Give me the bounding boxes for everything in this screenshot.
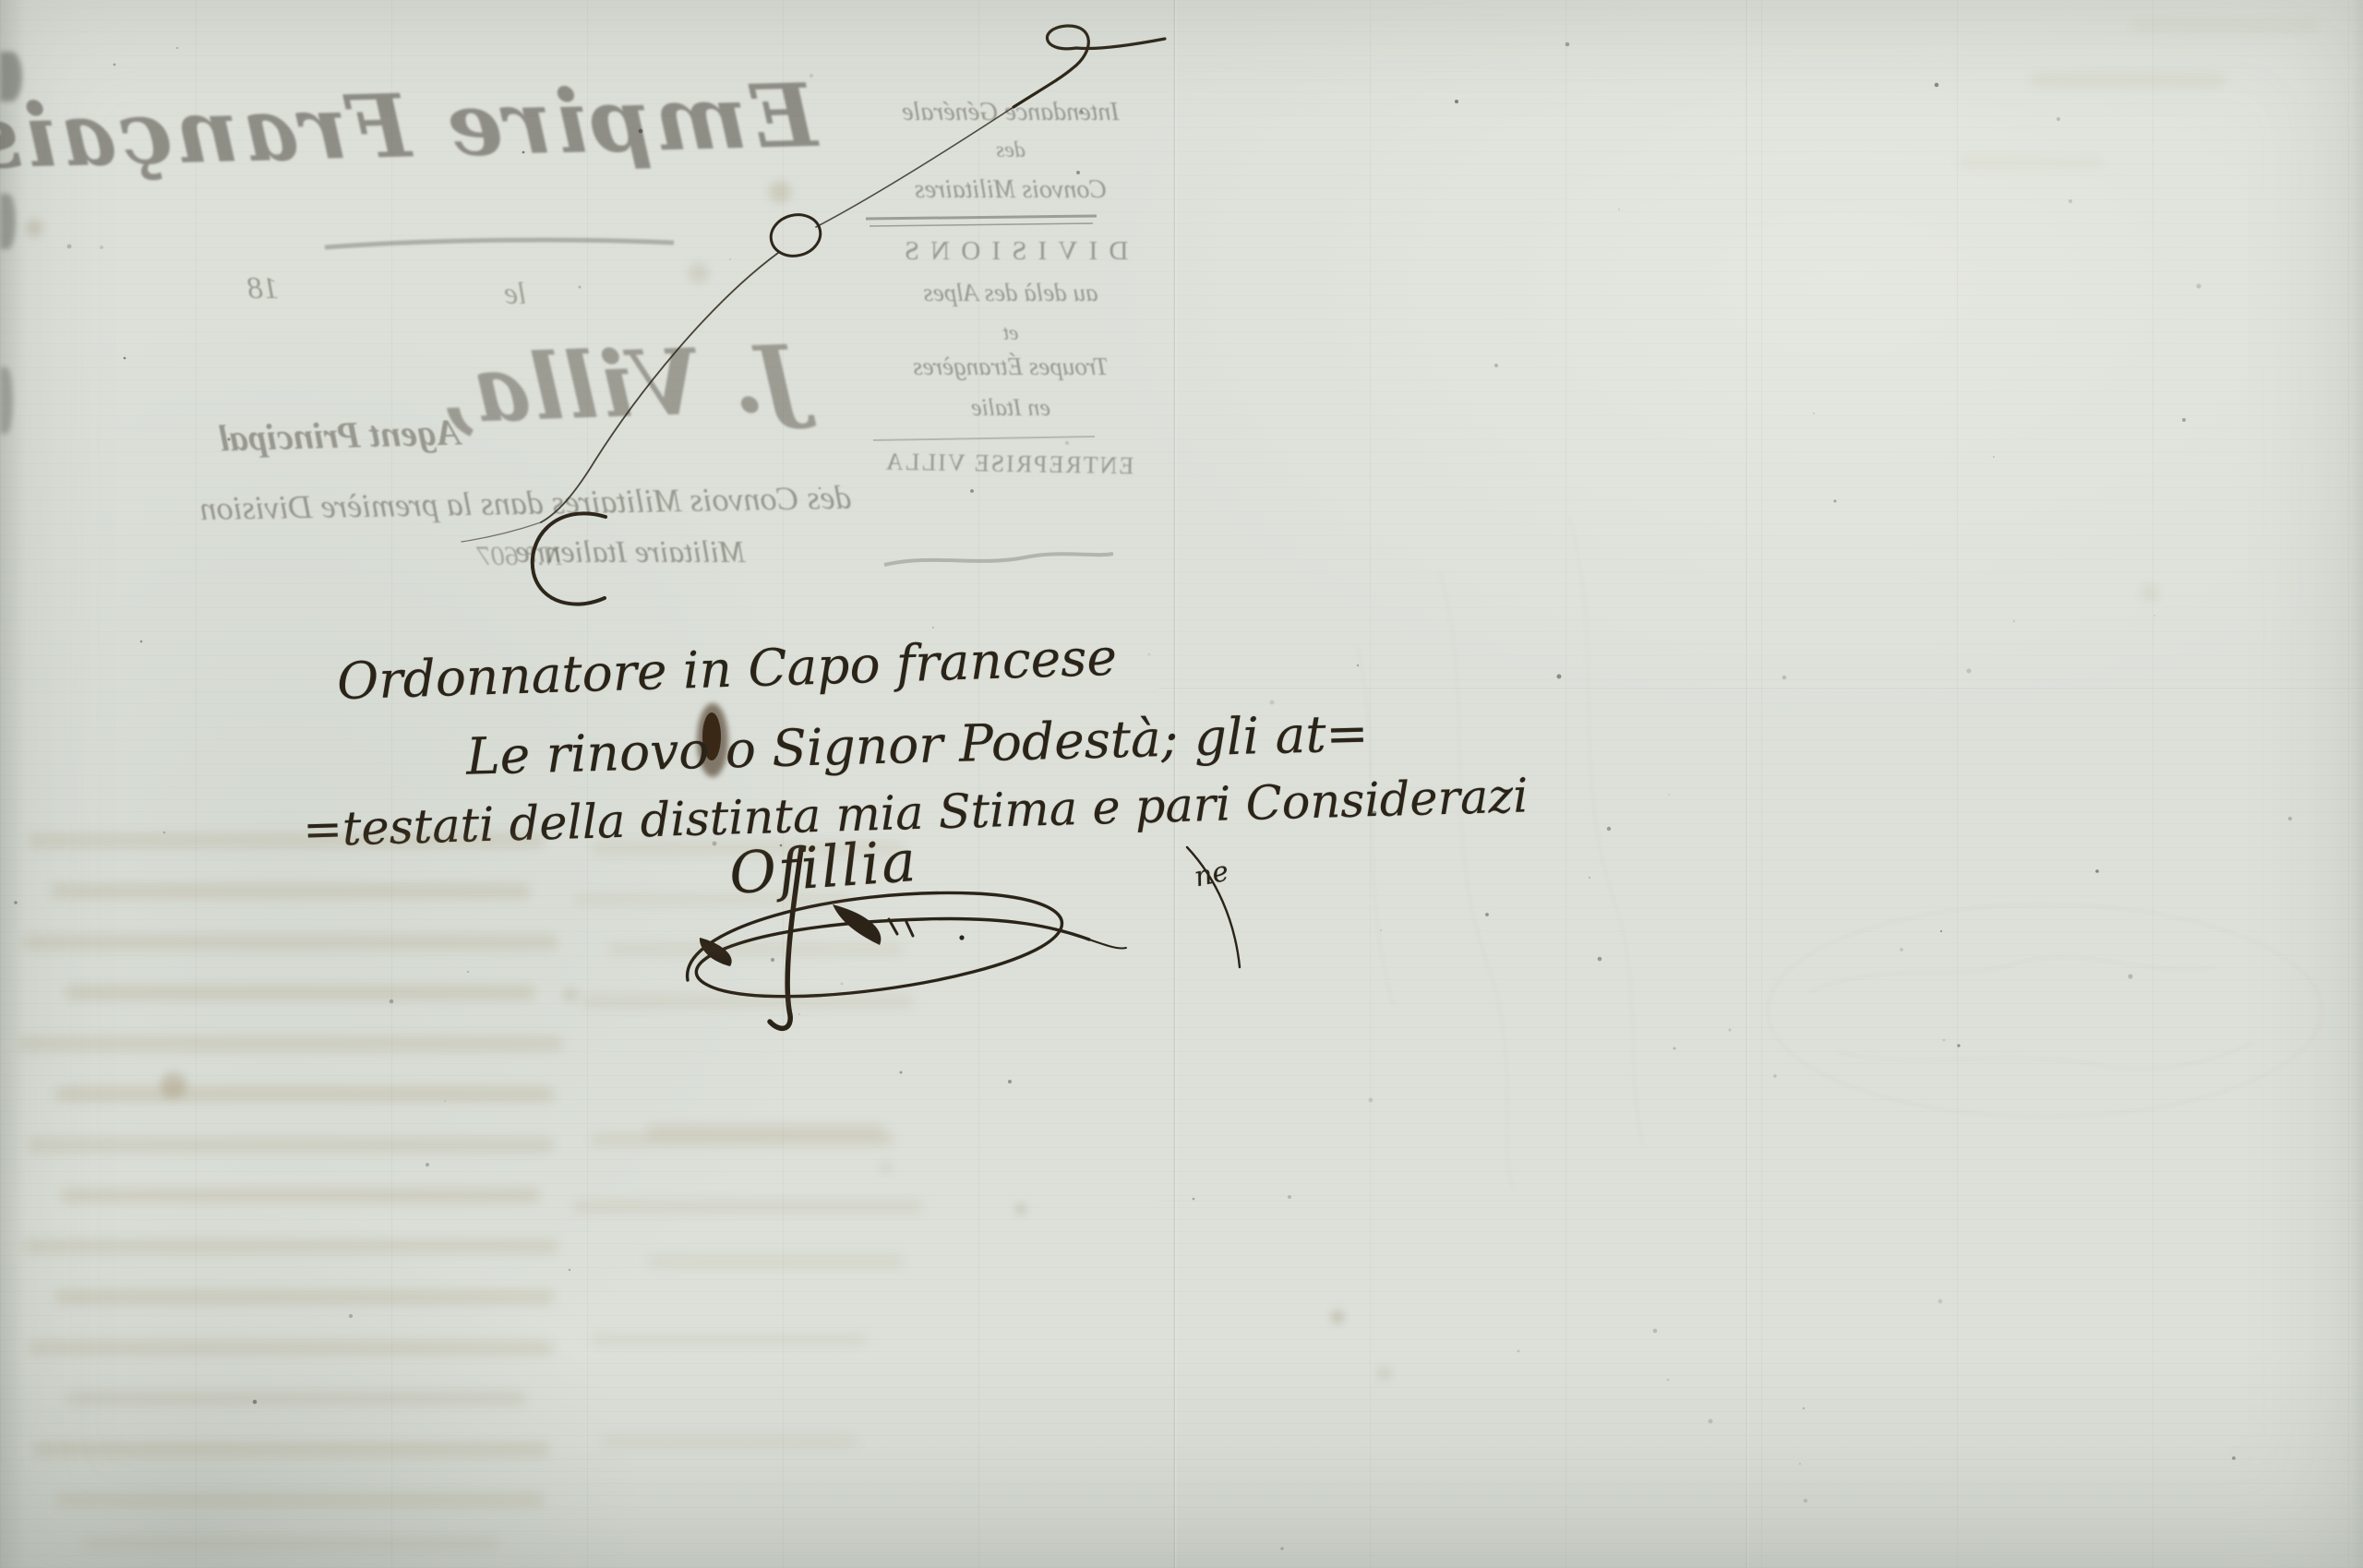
paraph-blob-fill bbox=[700, 938, 732, 966]
bleed-intendance-line3: Convois Militaires bbox=[858, 175, 1163, 205]
speck bbox=[578, 285, 581, 288]
speck bbox=[1193, 1198, 1195, 1201]
left-edge-mark-2 bbox=[0, 194, 16, 249]
speck bbox=[900, 1071, 903, 1074]
bleed-masthead-empire-francais: Empire Français bbox=[101, 65, 819, 186]
speck bbox=[1065, 441, 1070, 446]
foxing-spot-7 bbox=[1378, 1367, 1391, 1380]
smudge-row-12 bbox=[591, 1133, 895, 1146]
speck bbox=[569, 1269, 570, 1271]
speck bbox=[2013, 620, 2016, 623]
top-curl-stroke bbox=[1014, 26, 1165, 107]
fold-crease-horizontal-lower bbox=[1158, 1200, 2363, 1203]
watermark-and-wrinkles bbox=[1357, 517, 2321, 1191]
smudge-row-8 bbox=[18, 1036, 563, 1051]
speck bbox=[932, 627, 934, 628]
speck bbox=[2057, 117, 2060, 121]
speck bbox=[1943, 1039, 1946, 1042]
speck bbox=[729, 258, 731, 260]
speck bbox=[1618, 209, 1620, 210]
paraph-double-ellipse bbox=[688, 892, 1089, 996]
masthead-swash-rule bbox=[325, 240, 674, 247]
pen-loop bbox=[766, 209, 824, 261]
speck bbox=[1280, 1547, 1283, 1550]
speck bbox=[1813, 413, 1815, 414]
smudge-row-10 bbox=[646, 1124, 886, 1139]
foxing-spot-2 bbox=[769, 181, 791, 203]
paraph-tick-1 bbox=[889, 919, 897, 934]
fold-crease-vertical-right bbox=[1745, 0, 1749, 1568]
smudge-row-14 bbox=[572, 1200, 923, 1213]
smudge-row-22 bbox=[600, 1435, 858, 1447]
speck bbox=[1803, 1407, 1805, 1409]
bleed-date-year: 18 bbox=[247, 271, 279, 306]
bleed-convois-division-line: des Convois Militaires dans la première … bbox=[196, 478, 857, 528]
speck bbox=[1270, 700, 1275, 705]
speck bbox=[114, 64, 116, 66]
speck bbox=[14, 901, 18, 904]
smudge-row-7 bbox=[582, 995, 914, 1008]
foxing-spot-6 bbox=[1332, 1311, 1343, 1323]
bleed-date-le: le bbox=[504, 277, 527, 312]
bleed-et-line: et bbox=[858, 321, 1163, 345]
speck bbox=[1967, 669, 1972, 674]
speck bbox=[1900, 948, 1903, 952]
speck bbox=[1668, 794, 1670, 796]
handwriting-line-2: Le rinovo o Signor Podestà; gli at= bbox=[465, 703, 1369, 786]
bleed-alpes-line: au delà des Alpes bbox=[858, 279, 1163, 307]
smudge-row-23 bbox=[55, 1493, 545, 1506]
smudge-row-24 bbox=[83, 1538, 498, 1550]
speck bbox=[100, 245, 103, 249]
bleed-agent-principal: Agent Principal bbox=[145, 409, 534, 462]
column-double-rule-top bbox=[866, 216, 1097, 219]
bleed-number-note: N.° 607 bbox=[450, 541, 589, 572]
speck bbox=[1709, 1419, 1713, 1424]
smudge-row-13 bbox=[60, 1189, 540, 1203]
speck bbox=[1938, 1299, 1943, 1304]
smudge-row-20 bbox=[65, 1392, 526, 1405]
speck bbox=[1598, 957, 1602, 962]
foxing-spot-0 bbox=[26, 220, 42, 236]
speck bbox=[1993, 456, 1995, 458]
column-swash-flourish bbox=[884, 554, 1113, 565]
handwriting-line-3-suffix: ne bbox=[1192, 856, 1232, 894]
watermark-lower-arc bbox=[1837, 1043, 2252, 1069]
speck bbox=[2153, 615, 2155, 616]
paraph-crescent-fill bbox=[833, 904, 881, 945]
speck bbox=[1517, 1350, 1520, 1353]
speck bbox=[426, 1163, 429, 1167]
bleed-italie-line: en Italie bbox=[858, 394, 1163, 422]
speck bbox=[253, 1400, 258, 1405]
speck bbox=[1957, 1044, 1960, 1047]
watermark-upper-arc bbox=[1809, 957, 2215, 992]
bleed-troupes-line: Troupes Étrangères bbox=[858, 353, 1163, 381]
manuscript-page-verso: Empire Français 18 le Intendance Général… bbox=[0, 0, 2363, 1568]
smudge-row-16 bbox=[646, 1255, 905, 1267]
speck bbox=[1782, 676, 1787, 680]
speck bbox=[1935, 83, 1939, 88]
speck bbox=[349, 1314, 353, 1318]
bleed-intendance-line1: Intendance Générale bbox=[858, 98, 1163, 127]
smudge-row-17 bbox=[55, 1290, 554, 1304]
speck bbox=[798, 1013, 800, 1015]
paraph-tick-2 bbox=[906, 922, 913, 936]
smudge-row-2 bbox=[51, 884, 531, 898]
smudge-row-5 bbox=[609, 943, 905, 955]
speck bbox=[67, 245, 72, 249]
smudge-row-18 bbox=[28, 1341, 554, 1355]
speck bbox=[1288, 1195, 1291, 1199]
speck bbox=[1834, 500, 1837, 503]
speck bbox=[1565, 42, 1570, 47]
speck bbox=[1076, 171, 1080, 174]
speck bbox=[1008, 1080, 1012, 1083]
speck bbox=[970, 489, 974, 493]
foxing-spot-5 bbox=[1016, 1204, 1026, 1214]
bleed-divisions-line: DIVISIONS bbox=[858, 236, 1163, 267]
speck bbox=[1653, 1329, 1658, 1334]
speck bbox=[163, 832, 166, 834]
speck bbox=[1485, 913, 1489, 916]
handwriting-signature: Ofillia bbox=[727, 827, 920, 907]
smudge-row-6 bbox=[65, 986, 535, 999]
speck bbox=[1148, 653, 1150, 655]
speck bbox=[2196, 283, 2201, 288]
speck bbox=[771, 958, 774, 962]
speck bbox=[1369, 1098, 1373, 1103]
foxing-spot-9 bbox=[881, 1162, 892, 1173]
speck bbox=[140, 640, 143, 643]
smudge-row-9 bbox=[55, 1087, 554, 1101]
speck bbox=[1380, 929, 1382, 931]
speck bbox=[2288, 817, 2292, 820]
handwriting-line-1: Ordonnatore in Capo francese bbox=[336, 628, 1118, 712]
speck bbox=[2095, 869, 2099, 873]
paraph-dot bbox=[959, 935, 964, 940]
smudge-row-25 bbox=[2031, 74, 2225, 87]
speck bbox=[1607, 827, 1611, 831]
smudge-row-27 bbox=[1957, 157, 2105, 168]
smudge-row-11 bbox=[28, 1138, 554, 1152]
speck bbox=[1773, 1074, 1776, 1077]
speck bbox=[1557, 675, 1562, 679]
foxing-spot-1 bbox=[689, 263, 709, 283]
paper-wrinkle-2 bbox=[1569, 517, 1643, 1144]
speck bbox=[1804, 1499, 1807, 1502]
smudge-row-21 bbox=[32, 1442, 549, 1456]
smudge-row-26 bbox=[2132, 20, 2317, 31]
speck bbox=[841, 983, 844, 986]
speck bbox=[1799, 1463, 1801, 1465]
foxing-spot-8 bbox=[2141, 583, 2159, 602]
speck bbox=[176, 47, 178, 49]
speck bbox=[444, 1100, 446, 1102]
speck bbox=[467, 971, 469, 973]
paraph-tail bbox=[1089, 940, 1126, 949]
smudge-row-15 bbox=[23, 1239, 558, 1253]
speck bbox=[1455, 100, 1458, 103]
paper-wrinkle-1 bbox=[1440, 572, 1514, 1191]
speck bbox=[2182, 418, 2186, 422]
watermark-wreath-outline bbox=[1768, 904, 2321, 1117]
foxing-spot-3 bbox=[161, 1072, 186, 1098]
speck bbox=[390, 999, 394, 1004]
column-double-rule-bottom bbox=[870, 223, 1093, 226]
speck bbox=[1667, 1379, 1670, 1382]
bleed-intendance-line2: des bbox=[858, 138, 1163, 163]
left-edge-mark-3 bbox=[0, 367, 13, 434]
smudge-row-4 bbox=[23, 935, 558, 950]
speck bbox=[2128, 974, 2132, 978]
speck bbox=[1357, 664, 1359, 666]
speck bbox=[1940, 930, 1942, 932]
speck bbox=[2069, 199, 2072, 203]
smudge-row-19 bbox=[591, 1334, 868, 1346]
speck bbox=[1729, 1029, 1732, 1032]
bleed-enterprise-caps: ENTREPRISE VILLA bbox=[857, 448, 1161, 481]
speck bbox=[1494, 364, 1498, 367]
fold-crease-horizontal-upper bbox=[1158, 688, 2363, 691]
foxing-spot-4 bbox=[563, 987, 578, 1002]
speck bbox=[1589, 877, 1590, 879]
speck bbox=[124, 357, 126, 360]
speck bbox=[2232, 1456, 2236, 1460]
column-thin-rule bbox=[873, 437, 1095, 440]
speck bbox=[1673, 1047, 1676, 1050]
